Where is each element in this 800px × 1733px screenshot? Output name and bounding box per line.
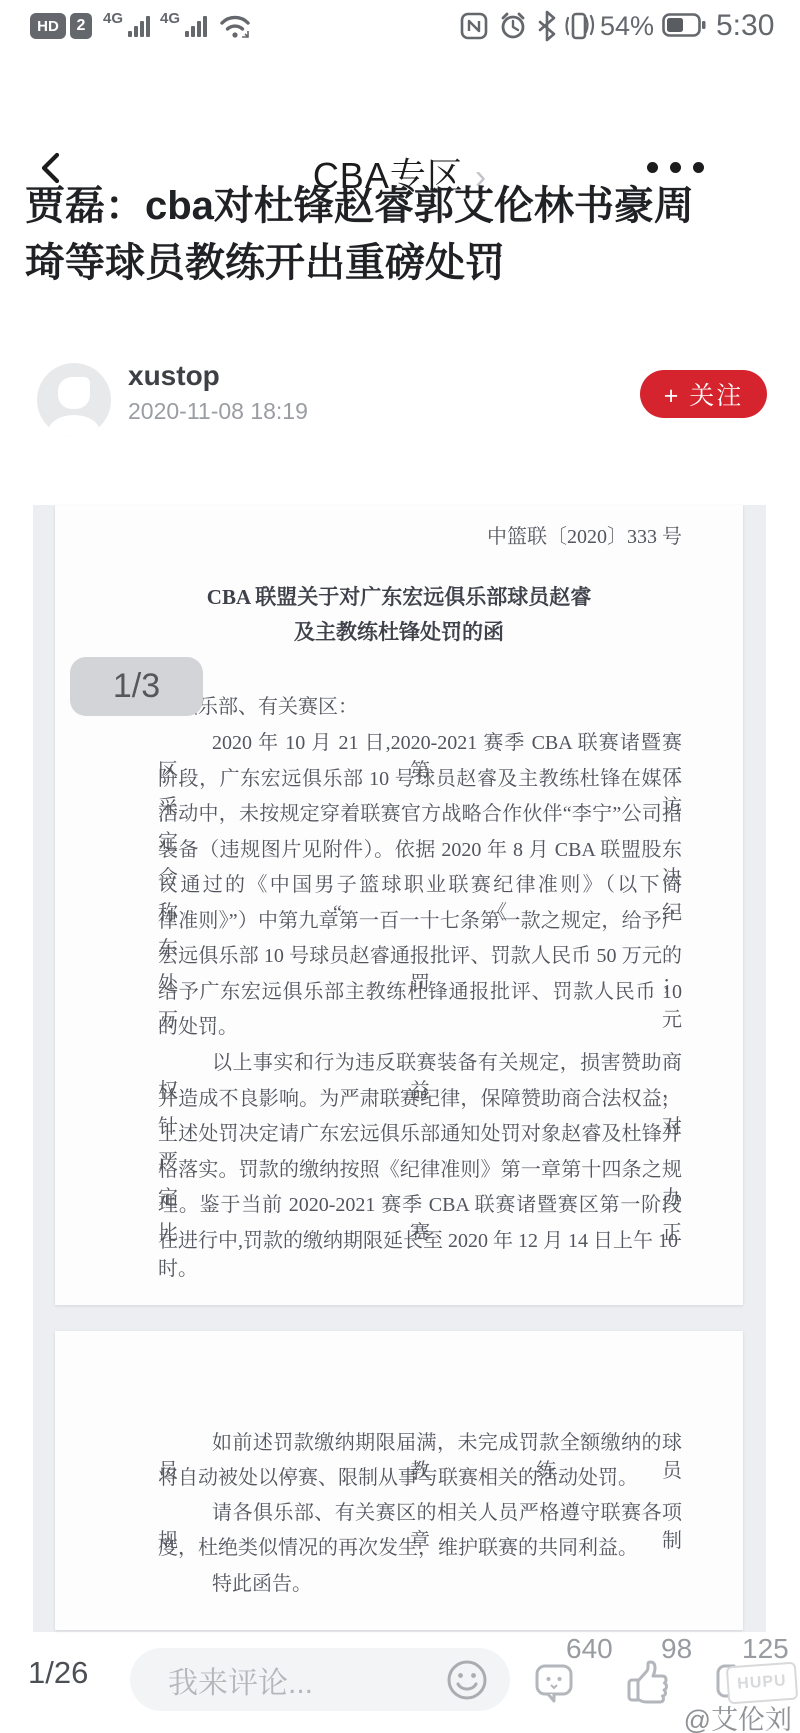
- post-date: 2020-11-08 18:19: [128, 398, 308, 425]
- doc-line: 的处罚。: [158, 1013, 682, 1041]
- doc-salutation: 各俱乐部、有关赛区：: [158, 693, 682, 721]
- avatar-person-icon: [58, 377, 90, 409]
- doc-title-line2: 及主教练杜锋处罚的函: [55, 616, 743, 646]
- sim2-badge-icon: 2: [70, 13, 92, 39]
- share-count: 125: [742, 1633, 789, 1665]
- doc-line: 在进行中,罚款的缴纳期限延长至 2020 年 12 月 14 日上午 10 时。: [158, 1227, 682, 1283]
- doc-number: 中篮联〔2020〕333 号: [158, 523, 682, 551]
- image-page-indicator-badge: 1/3: [70, 657, 203, 716]
- article-title: 贾磊：cba对杜锋赵睿郭艾伦林书豪周 琦等球员教练开出重磅处罚: [25, 178, 770, 292]
- avatar[interactable]: [37, 363, 111, 437]
- screen: HD 2 4G 4G: [0, 0, 800, 1733]
- nav-bar: CBA专区 ›: [0, 70, 800, 130]
- follow-button[interactable]: + 关注: [640, 370, 767, 418]
- bluetooth-icon: [537, 10, 557, 42]
- wifi-icon: [218, 12, 252, 40]
- image-counter: 1/26: [28, 1655, 88, 1691]
- document-page-2: 如前述罚款缴纳期限届满，未完成罚款全额缴纳的球员、教练员 将自动被处以停赛、限制…: [55, 1331, 743, 1630]
- document-photo[interactable]: 中篮联〔2020〕333 号 CBA 联盟关于对广东宏远俱乐部球员赵睿 及主教练…: [33, 505, 766, 1632]
- author-name[interactable]: xustop: [128, 360, 220, 392]
- signal-bars-icon: [128, 16, 150, 37]
- more-options-icon[interactable]: [647, 162, 704, 173]
- doc-line: 将自动被处以停赛、限制从事与联赛相关的活动处罚。: [158, 1464, 682, 1492]
- signal-bars-icon-2: [185, 16, 207, 37]
- vibrate-icon: [562, 11, 596, 41]
- comment-count: 640: [566, 1633, 613, 1665]
- article-title-line2: 琦等球员教练开出重磅处罚: [25, 235, 770, 292]
- doc-line: 度，杜绝类似情况的再次发生，维护联赛的共同利益。: [158, 1534, 682, 1562]
- hd-badge-icon: HD: [30, 13, 66, 39]
- alarm-icon: [498, 11, 528, 41]
- doc-line: 特此函告。: [158, 1570, 682, 1598]
- document-page-1: 中篮联〔2020〕333 号 CBA 联盟关于对广东宏远俱乐部球员赵睿 及主教练…: [55, 505, 743, 1305]
- author-watermark: @艾伦刘: [684, 1698, 792, 1733]
- thumbs-up-icon[interactable]: [622, 1658, 670, 1706]
- comment-placeholder: 我来评论...: [168, 1658, 446, 1702]
- clock-label: 5:30: [716, 9, 774, 43]
- network-type-label: 4G: [103, 10, 123, 27]
- battery-percent-label: 54%: [600, 11, 654, 42]
- battery-icon: [662, 13, 706, 37]
- nfc-icon: [460, 12, 488, 40]
- comment-input[interactable]: 我来评论...: [130, 1648, 510, 1711]
- comment-bubble-icon[interactable]: [534, 1662, 574, 1704]
- doc-title-line1: CBA 联盟关于对广东宏远俱乐部球员赵睿: [55, 581, 743, 611]
- article-title-line1: 贾磊：cba对杜锋赵睿郭艾伦林书豪周: [25, 178, 770, 235]
- emoji-smiley-icon[interactable]: [446, 1659, 488, 1701]
- network-type-label-2: 4G: [160, 10, 180, 27]
- status-bar: HD 2 4G 4G: [0, 0, 800, 50]
